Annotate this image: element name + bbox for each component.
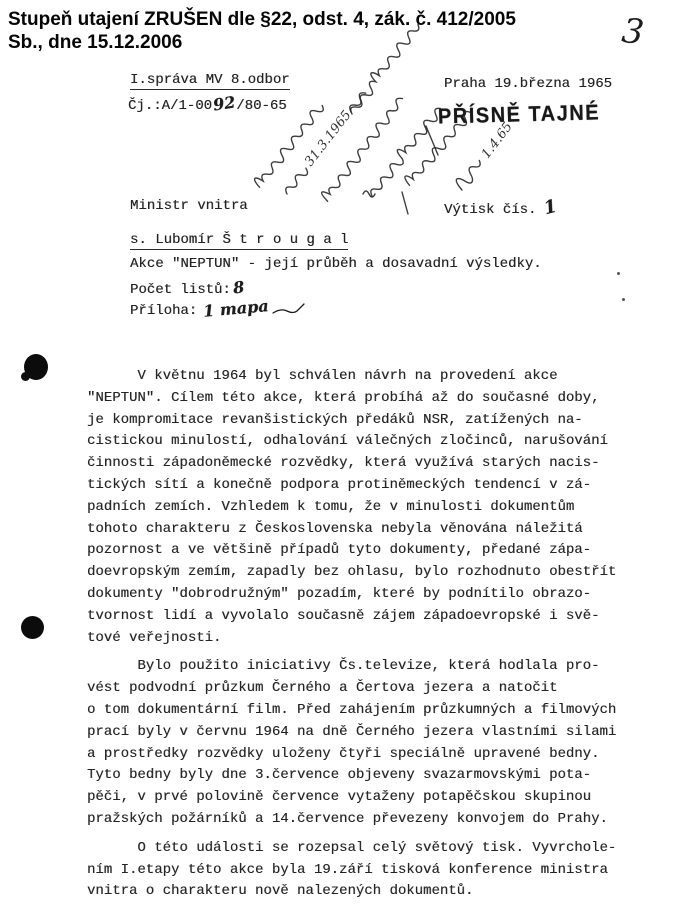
document-page: Stupeň utajení ZRUŠEN dle §22, odst. 4, … (0, 0, 682, 905)
copy-number-handwritten: 1 (542, 196, 559, 219)
body-line: tohoto charakteru z Československa nebyl… (87, 519, 647, 541)
attachment-line: Příloha:1 mapa (130, 299, 305, 319)
copy-number-line: Výtisk čís.1 (444, 197, 557, 218)
body-line: Tyto bedny byly dne 3.července objeveny … (87, 765, 647, 787)
body-line: cistickou minulostí, odhalování válečnýc… (87, 431, 647, 453)
place-date: Praha 19.března 1965 (444, 76, 612, 92)
body-line: vést podvodní průzkum Černého a Čertova … (87, 678, 647, 700)
ref-number-suffix: /80-65 (236, 98, 286, 114)
paragraph: V květnu 1964 byl schválen návrh na prov… (87, 366, 647, 649)
declassification-line1: Stupeň utajení ZRUŠEN dle §22, odst. 4, … (8, 8, 588, 31)
body-line: Bylo použito iniciativy Čs.televize, kte… (87, 656, 647, 678)
annotation-slash-stroke (426, 126, 438, 155)
body-line: o tom dokumentární film. Před zahájením … (87, 700, 647, 722)
body-line: doevropským zemím, zapadly bez ohlasu, b… (87, 562, 647, 584)
body-line: je kompromitace revanšistických předáků … (87, 410, 647, 432)
ref-number-line: Čj.:A/1-0092/80-65 (128, 94, 287, 114)
sheet-count-handwritten: 8 (232, 277, 245, 297)
body-line: tové veřejnosti. (87, 628, 647, 650)
body-line: padních zemích. Vzhledem k tomu, že v mi… (87, 497, 647, 519)
department-line: I.správa MV 8.odbor (130, 72, 290, 88)
body-line: pražských požárníků a 14.července převez… (87, 809, 647, 831)
body-line: činnosti západoněmecké rozvědky, která v… (87, 453, 647, 475)
body-line: a prostředky rozvědky uloženy čtyři spec… (87, 744, 647, 766)
body-line: O této události se rozepsal celý světový… (87, 838, 647, 860)
recipient-name: s. Lubomír Š t r o u g a l (130, 232, 348, 250)
recipient-name-line: s. Lubomír Š t r o u g a l (130, 232, 348, 248)
body-line: tických sítí a konečně podpora protiněme… (87, 475, 647, 497)
annotation-date-fragment: 31.3.1965 (302, 108, 355, 169)
page-number: 3 (620, 11, 646, 53)
paper-speck (622, 298, 625, 301)
ref-number-handwritten: 92 (212, 93, 237, 115)
document-body: V květnu 1964 byl schválen návrh na prov… (87, 366, 647, 905)
body-line: tvornost lidí a vyvolalo současně zájem … (87, 606, 647, 628)
paragraph: O této události se rozepsal celý světový… (87, 838, 647, 903)
ink-blot-bottom (21, 616, 44, 639)
body-line: vnitra o charakteru nově nalezených doku… (87, 881, 647, 903)
copy-number-label: Výtisk čís. (444, 202, 536, 218)
paper-speck (617, 272, 620, 275)
subject-line: Akce "NEPTUN" - její průběh a dosavadní … (130, 256, 542, 272)
body-line: pěči, v prvé polovině července vytaženy … (87, 787, 647, 809)
body-line: dokumenty "dobrodružným" pozadím, které … (87, 584, 647, 606)
declassification-note: Stupeň utajení ZRUŠEN dle §22, odst. 4, … (8, 8, 588, 54)
classification-stamp: PŘÍSNĚ TAJNÉ (438, 101, 601, 130)
body-line: pozornost a ve většině případů tyto doku… (87, 540, 647, 562)
annotation-wave-stroke (363, 191, 375, 197)
ref-number-prefix: Čj.:A/1-00 (128, 98, 212, 114)
attachment-handwritten: 1 mapa (203, 296, 270, 321)
ink-blot-top-tail (21, 372, 30, 381)
declassification-line2: Sb., dne 15.12.2006 (8, 31, 588, 54)
body-line: "NEPTUN". Cílem této akce, která probíhá… (87, 388, 647, 410)
annotation-tick-stroke (402, 192, 408, 214)
recipient-title: Ministr vnitra (130, 198, 248, 214)
attachment-check-flourish (271, 303, 305, 317)
body-line: prací byly v červnu 1964 na dně Černého … (87, 722, 647, 744)
body-line: V květnu 1964 byl schválen návrh na prov… (87, 366, 647, 388)
attachment-label: Příloha: (130, 303, 197, 319)
body-line: ním I.etapy této akce byla 19.září tisko… (87, 860, 647, 882)
sheet-count-label: Počet listů: (130, 282, 231, 298)
paragraph: Bylo použito iniciativy Čs.televize, kte… (87, 656, 647, 830)
sheet-count-line: Počet listů:8 (130, 278, 244, 298)
department-text: I.správa MV 8.odbor (130, 72, 290, 90)
